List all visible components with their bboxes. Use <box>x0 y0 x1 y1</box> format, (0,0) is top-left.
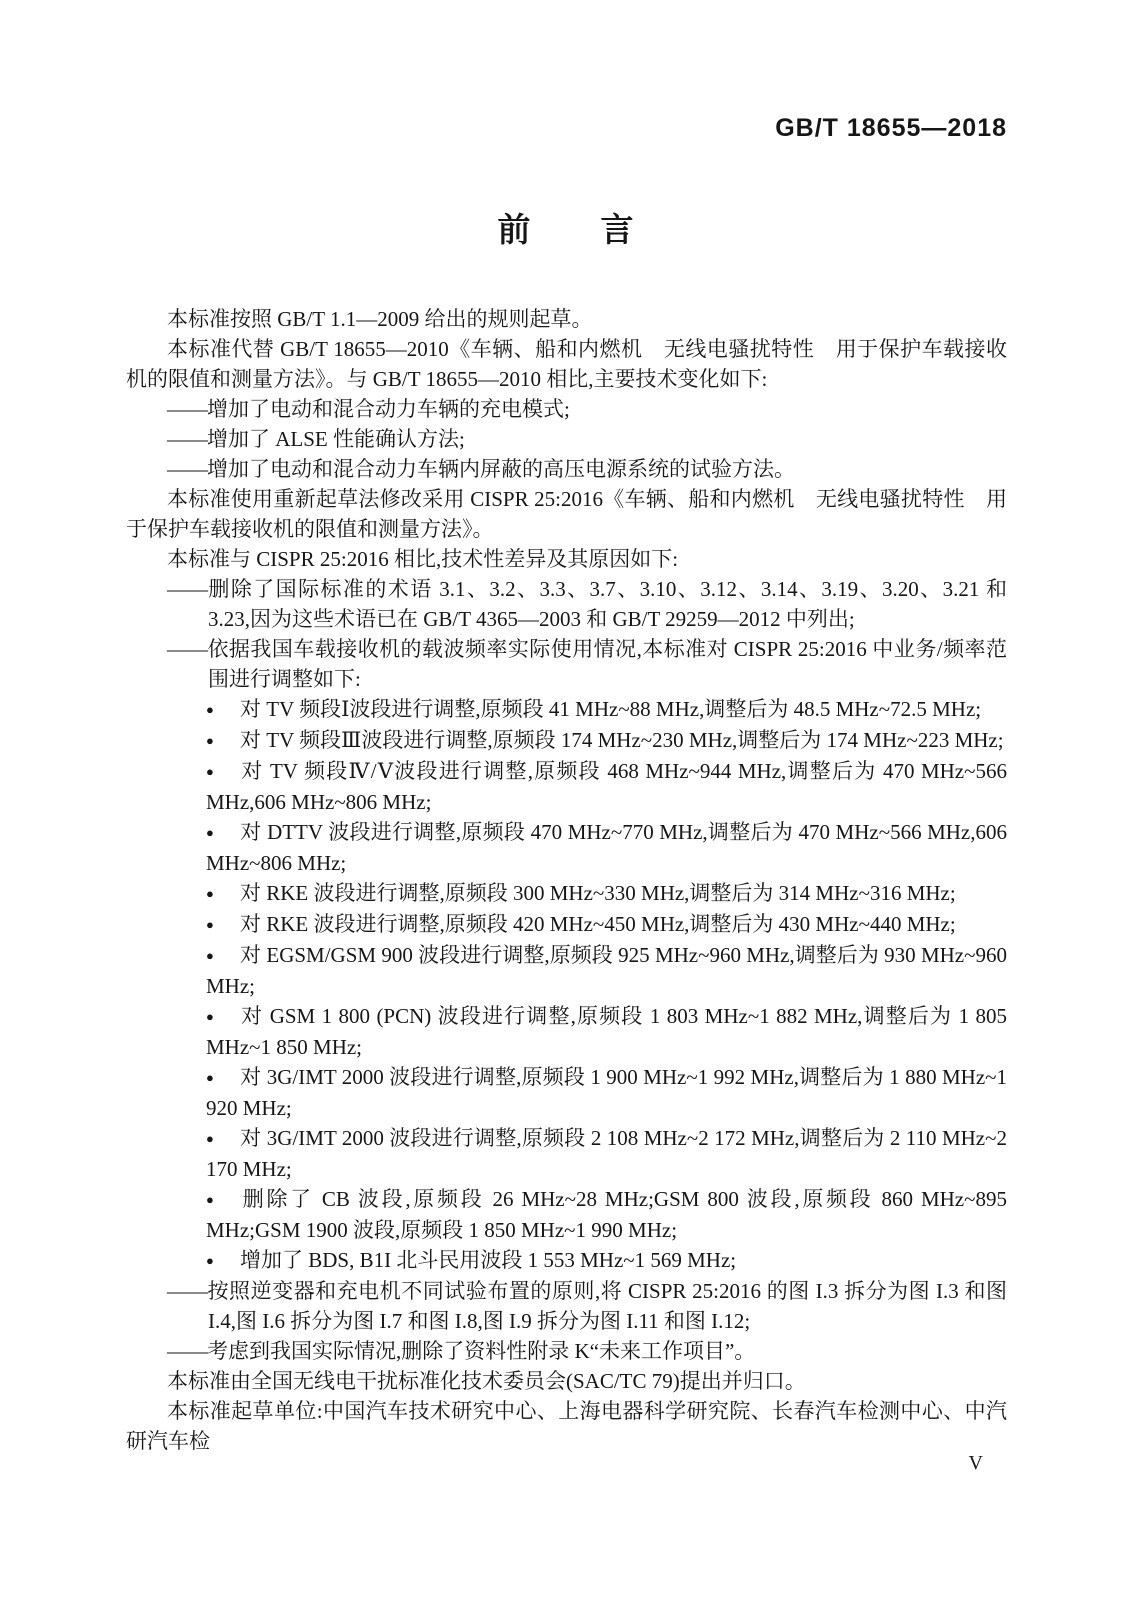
dash-list-item: ——增加了电动和混合动力车辆内屏蔽的高压电源系统的试验方法。 <box>126 454 1007 484</box>
line-text: 对 TV 频段Ⅲ波段进行调整,原频段 174 MHz~230 MHz,调整后为 … <box>240 728 1004 752</box>
line-text: 对 RKE 波段进行调整,原频段 420 MHz~450 MHz,调整后为 43… <box>240 912 956 936</box>
paragraph: 本标准按照 GB/T 1.1—2009 给出的规则起草。 <box>126 304 1007 334</box>
line-text: 对 TV 频段Ⅰ波段进行调整,原频段 41 MHz~88 MHz,调整后为 48… <box>240 697 981 721</box>
bullet-list-item: ●增加了 BDS, B1I 北斗民用波段 1 553 MHz~1 569 MHz… <box>126 1245 1007 1276</box>
line-text: 本标准按照 GB/T 1.1—2009 给出的规则起草。 <box>167 307 592 331</box>
dash-list-item: ——依据我国车载接收机的载波频率实际使用情况,本标准对 CISPR 25:201… <box>126 634 1007 694</box>
line-text: 对 3G/IMT 2000 波段进行调整,原频段 1 900 MHz~1 992… <box>206 1065 1007 1120</box>
line-text: 删除了国际标准的术语 3.1、3.2、3.3、3.7、3.10、3.12、3.1… <box>207 577 1007 631</box>
dash-marker: —— <box>167 637 207 661</box>
bullet-icon: ● <box>206 757 240 787</box>
line-text: 对 RKE 波段进行调整,原频段 300 MHz~330 MHz,调整后为 31… <box>240 881 956 905</box>
line-text: 增加了 BDS, B1I 北斗民用波段 1 553 MHz~1 569 MHz; <box>240 1248 736 1272</box>
dash-marker: —— <box>167 427 207 451</box>
bullet-list-item: ●对 EGSM/GSM 900 波段进行调整,原频段 925 MHz~960 M… <box>126 940 1007 1001</box>
bullet-icon: ● <box>206 1002 240 1032</box>
dash-marker: —— <box>167 577 207 601</box>
bullet-icon: ● <box>206 1124 240 1154</box>
line-text: 对 EGSM/GSM 900 波段进行调整,原频段 925 MHz~960 MH… <box>206 943 1007 998</box>
bullet-list-item: ●对 RKE 波段进行调整,原频段 420 MHz~450 MHz,调整后为 4… <box>126 909 1007 940</box>
line-text: 本标准代替 GB/T 18655—2010《车辆、船和内燃机 无线电骚扰特性 用… <box>126 337 1007 391</box>
dash-marker: —— <box>167 397 207 421</box>
bullet-icon: ● <box>206 695 240 725</box>
bullet-list-item: ●对 DTTV 波段进行调整,原频段 470 MHz~770 MHz,调整后为 … <box>126 817 1007 878</box>
dash-list-item: ——删除了国际标准的术语 3.1、3.2、3.3、3.7、3.10、3.12、3… <box>126 574 1007 634</box>
bullet-list-item: ●对 GSM 1 800 (PCN) 波段进行调整,原频段 1 803 MHz~… <box>126 1001 1007 1062</box>
paragraph: 本标准起草单位:中国汽车技术研究中心、上海电器科学研究院、长春汽车检测中心、中汽… <box>126 1396 1007 1456</box>
page-number: V <box>969 1452 983 1475</box>
dash-list-item: ——增加了 ALSE 性能确认方法; <box>126 424 1007 454</box>
bullet-list-item: ●对 TV 频段Ⅰ波段进行调整,原频段 41 MHz~88 MHz,调整后为 4… <box>126 694 1007 725</box>
line-text: 对 TV 频段Ⅳ/Ⅴ波段进行调整,原频段 468 MHz~944 MHz,调整后… <box>206 759 1007 814</box>
dash-list-item: ——考虑到我国实际情况,删除了资料性附录 K“未来工作项目”。 <box>126 1336 1007 1366</box>
line-text: 考虑到我国实际情况,删除了资料性附录 K“未来工作项目”。 <box>207 1339 755 1363</box>
title-char-qian: 前 <box>498 211 531 248</box>
foreword-body: 本标准按照 GB/T 1.1—2009 给出的规则起草。本标准代替 GB/T 1… <box>126 304 1007 1456</box>
bullet-list-item: ●对 3G/IMT 2000 波段进行调整,原频段 1 900 MHz~1 99… <box>126 1062 1007 1123</box>
dash-marker: —— <box>167 1279 207 1303</box>
bullet-icon: ● <box>206 818 240 848</box>
line-text: 按照逆变器和充电机不同试验布置的原则,将 CISPR 25:2016 的图 I.… <box>207 1279 1007 1333</box>
line-text: 本标准由全国无线电干扰标准化技术委员会(SAC/TC 79)提出并归口。 <box>167 1369 806 1393</box>
dash-marker: —— <box>167 457 207 481</box>
line-text: 对 DTTV 波段进行调整,原频段 470 MHz~770 MHz,调整后为 4… <box>206 820 1007 875</box>
line-text: 本标准使用重新起草法修改采用 CISPR 25:2016《车辆、船和内燃机 无线… <box>126 487 1007 541</box>
paragraph: 本标准与 CISPR 25:2016 相比,技术性差异及其原因如下: <box>126 544 1007 574</box>
line-text: 对 3G/IMT 2000 波段进行调整,原频段 2 108 MHz~2 172… <box>206 1126 1007 1181</box>
title-char-yan: 言 <box>601 211 634 248</box>
bullet-icon: ● <box>206 941 240 971</box>
dash-list-item: ——增加了电动和混合动力车辆的充电模式; <box>126 394 1007 424</box>
bullet-list-item: ●对 3G/IMT 2000 波段进行调整,原频段 2 108 MHz~2 17… <box>126 1123 1007 1184</box>
bullet-list-item: ●对 RKE 波段进行调整,原频段 300 MHz~330 MHz,调整后为 3… <box>126 878 1007 909</box>
paragraph: 本标准使用重新起草法修改采用 CISPR 25:2016《车辆、船和内燃机 无线… <box>126 484 1007 544</box>
bullet-icon: ● <box>206 1185 240 1215</box>
bullet-list-item: ●对 TV 频段Ⅲ波段进行调整,原频段 174 MHz~230 MHz,调整后为… <box>126 725 1007 756</box>
bullet-icon: ● <box>206 1063 240 1093</box>
bullet-icon: ● <box>206 910 240 940</box>
dash-marker: —— <box>167 1339 207 1363</box>
bullet-icon: ● <box>206 1246 240 1276</box>
standard-number: GB/T 18655—2018 <box>775 114 1007 143</box>
paragraph: 本标准由全国无线电干扰标准化技术委员会(SAC/TC 79)提出并归口。 <box>126 1366 1007 1396</box>
line-text: 增加了电动和混合动力车辆内屏蔽的高压电源系统的试验方法。 <box>207 457 795 481</box>
page-title: 前言 <box>0 210 1131 250</box>
bullet-list-item: ●对 TV 频段Ⅳ/Ⅴ波段进行调整,原频段 468 MHz~944 MHz,调整… <box>126 756 1007 817</box>
dash-list-item: ——按照逆变器和充电机不同试验布置的原则,将 CISPR 25:2016 的图 … <box>126 1276 1007 1336</box>
line-text: 对 GSM 1 800 (PCN) 波段进行调整,原频段 1 803 MHz~1… <box>206 1004 1007 1059</box>
line-text: 依据我国车载接收机的载波频率实际使用情况,本标准对 CISPR 25:2016 … <box>207 637 1007 691</box>
document-page: GB/T 18655—2018 前言 本标准按照 GB/T 1.1—2009 给… <box>0 0 1131 1600</box>
bullet-list-item: ●删除了 CB 波段,原频段 26 MHz~28 MHz;GSM 800 波段,… <box>126 1184 1007 1245</box>
line-text: 本标准与 CISPR 25:2016 相比,技术性差异及其原因如下: <box>167 547 678 571</box>
line-text: 本标准起草单位:中国汽车技术研究中心、上海电器科学研究院、长春汽车检测中心、中汽… <box>126 1399 1007 1453</box>
line-text: 增加了 ALSE 性能确认方法; <box>207 427 465 451</box>
line-text: 删除了 CB 波段,原频段 26 MHz~28 MHz;GSM 800 波段,原… <box>206 1187 1007 1242</box>
bullet-icon: ● <box>206 879 240 909</box>
paragraph: 本标准代替 GB/T 18655—2010《车辆、船和内燃机 无线电骚扰特性 用… <box>126 334 1007 394</box>
bullet-icon: ● <box>206 726 240 756</box>
line-text: 增加了电动和混合动力车辆的充电模式; <box>207 397 570 421</box>
